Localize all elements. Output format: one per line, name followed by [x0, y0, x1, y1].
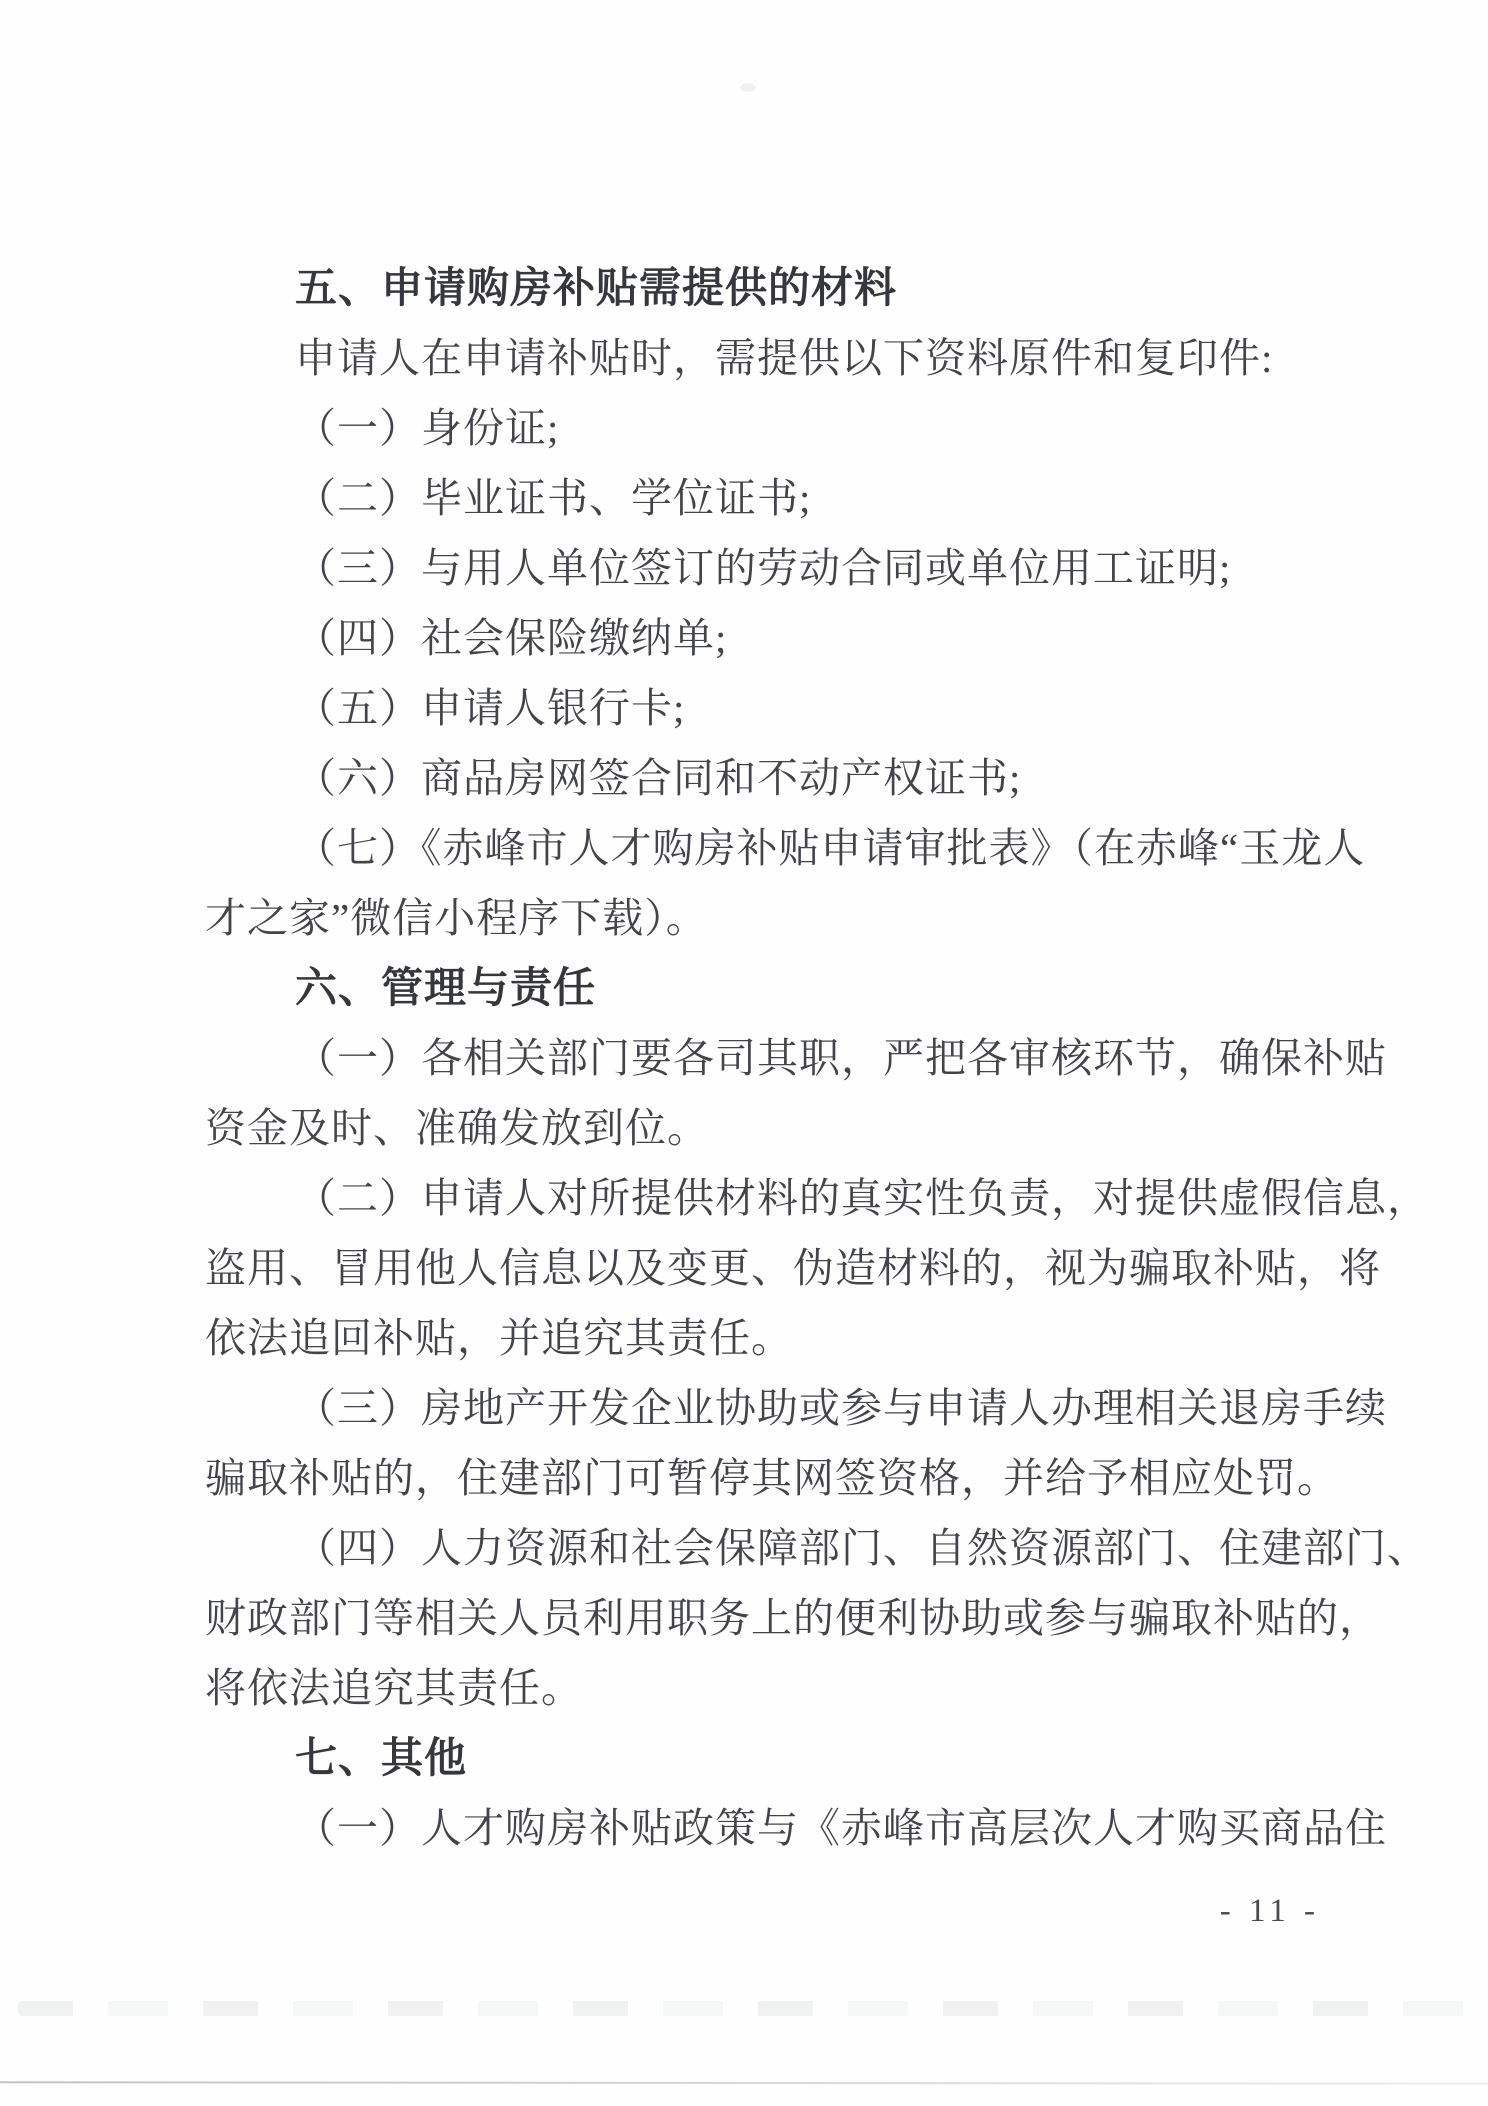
list-item-5: （五）申请人银行卡; — [205, 673, 1385, 743]
list-item-4: （四）社会保险缴纳单; — [205, 603, 1385, 673]
paragraph-line: （四）人力资源和社会保障部门、自然资源部门、住建部门、 — [205, 1513, 1385, 1583]
paragraph-line: 盗用、冒用他人信息以及变更、伪造材料的，视为骗取补贴，将 — [205, 1233, 1385, 1303]
paragraph-line: 财政部门等相关人员利用职务上的便利协助或参与骗取补贴的， — [205, 1583, 1385, 1653]
paragraph-line: 资金及时、准确发放到位。 — [205, 1093, 1385, 1163]
paragraph-line: 依法追回补贴，并追究其责任。 — [205, 1303, 1385, 1373]
paragraph-line: （一）人才购房补贴政策与《赤峰市高层次人才购买商品住 — [205, 1793, 1385, 1863]
document-page: 五、申请购房补贴需提供的材料 申请人在申请补贴时，需提供以下资料原件和复印件: … — [0, 0, 1488, 2106]
list-item-2: （二）毕业证书、学位证书; — [205, 463, 1385, 533]
paragraph-line: 骗取补贴的，住建部门可暂停其网签资格，并给予相应处罚。 — [205, 1443, 1385, 1513]
section-heading-5: 五、申请购房补贴需提供的材料 — [205, 253, 1385, 323]
paragraph-line: （三）房地产开发企业协助或参与申请人办理相关退房手续 — [205, 1373, 1385, 1443]
scan-edge-line — [0, 2081, 1488, 2085]
list-item-7: （七）《赤峰市人才购房补贴申请审批表》（在赤峰“玉龙人 — [205, 813, 1385, 883]
list-item-1: （一）身份证; — [205, 393, 1385, 463]
document-body: 五、申请购房补贴需提供的材料 申请人在申请补贴时，需提供以下资料原件和复印件: … — [205, 253, 1385, 1863]
paragraph-line: 将依法追究其责任。 — [205, 1653, 1385, 1723]
list-item-6: （六）商品房网签合同和不动产权证书; — [205, 743, 1385, 813]
paragraph-line: （二）申请人对所提供材料的真实性负责，对提供虚假信息， — [205, 1163, 1385, 1233]
paragraph-line: 才之家”微信小程序下载）。 — [205, 883, 1385, 953]
section-heading-7: 七、其他 — [205, 1723, 1385, 1793]
list-item-3: （三）与用人单位签订的劳动合同或单位用工证明; — [205, 533, 1385, 603]
paragraph-line: 申请人在申请补贴时，需提供以下资料原件和复印件: — [205, 323, 1385, 393]
scan-speck — [740, 83, 756, 92]
paragraph-line: （一）各相关部门要各司其职，严把各审核环节，确保补贴 — [205, 1023, 1385, 1093]
scan-smudge-band — [18, 2001, 1474, 2016]
section-heading-6: 六、管理与责任 — [205, 953, 1385, 1023]
page-number: - 11 - — [1220, 1893, 1320, 1930]
